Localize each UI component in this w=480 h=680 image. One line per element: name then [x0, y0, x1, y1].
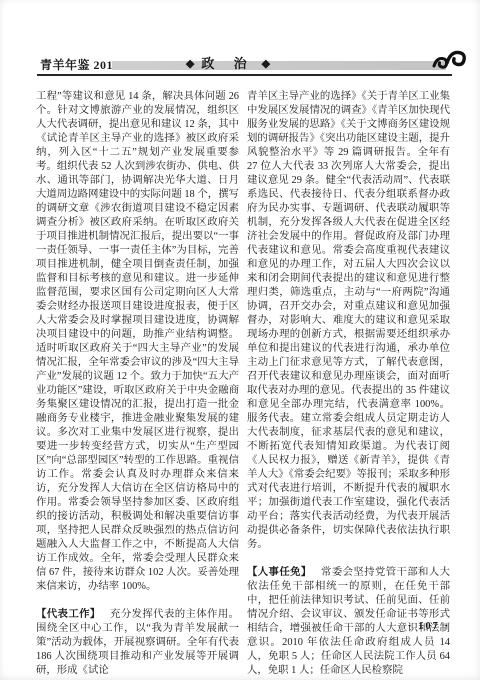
- header-rule: [37, 74, 452, 76]
- yearbook-title: 青羊年鉴 2011: [40, 56, 119, 73]
- entry-heading: 【人事任免】: [247, 567, 312, 578]
- diamond-right-icon: ◆: [262, 58, 270, 70]
- section-title-text: 政 治: [201, 56, 254, 71]
- section-title: ◆政 治◆: [186, 53, 270, 72]
- diamond-left-icon: ◆: [186, 58, 194, 70]
- left-column: 工程”等建议和意见 14 条，解决具体问题 26 个。针对文博旅游产业的发展情况…: [36, 90, 239, 678]
- page-header: 青羊年鉴 2011 ◆政 治◆: [0, 0, 480, 80]
- entry-heading: 【代表工作】: [36, 609, 101, 620]
- page-number: · 107 ·: [408, 621, 450, 632]
- page-body: 工程”等建议和意见 14 条，解决具体问题 26 个。针对文博旅游产业的发展情况…: [36, 90, 450, 678]
- yearbook-scanned-page: 青羊年鉴 2011 ◆政 治◆ 工程”等建议和意见 14 条，解决具体问题 26…: [0, 0, 480, 680]
- right-column: 青羊区主导产业的选择》《关于青羊区工业集中发展区发展情况的调查》《青羊区加快现代…: [247, 90, 450, 678]
- section-header-band: [112, 61, 446, 70]
- entry-representative-work: 【代表工作】充分发挥代表的主体作用。围绕全区中心工作，以“我为青羊发展献一策”活…: [36, 608, 239, 678]
- swirl-ornament-icon: [432, 44, 468, 74]
- paragraph-continuation-reports: 青羊区主导产业的选择》《关于青羊区工业集中发展区发展情况的调查》《青羊区加快现代…: [247, 90, 450, 552]
- paragraph-continuation-supervision: 工程”等建议和意见 14 条，解决具体问题 26 个。针对文博旅游产业的发展情况…: [36, 90, 239, 594]
